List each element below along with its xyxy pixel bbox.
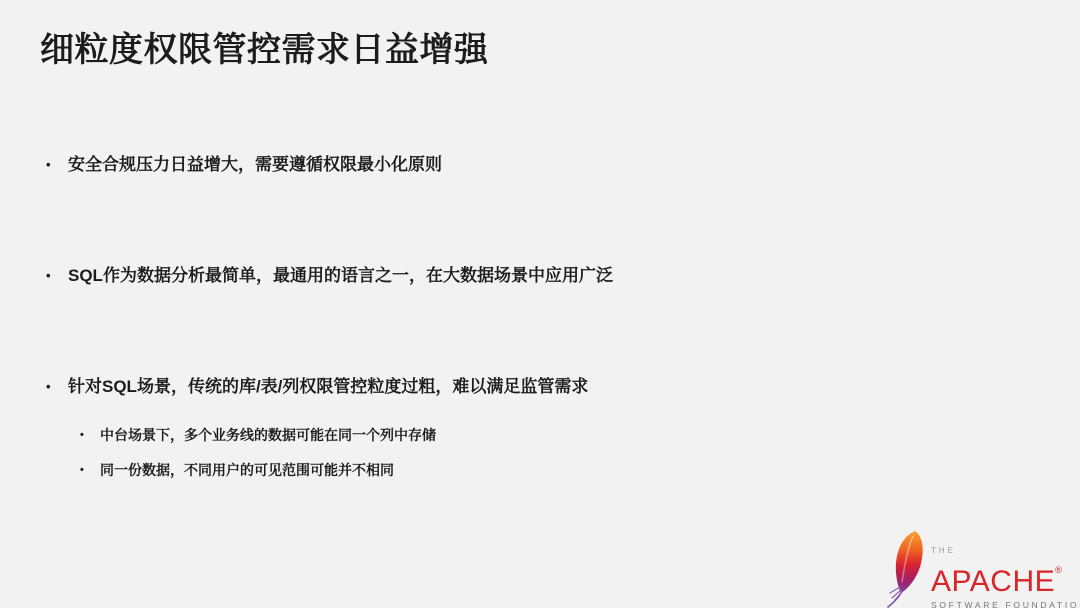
bullet-item-2: SQL作为数据分析最简单，最通用的语言之一，在大数据场景中应用广泛 (46, 265, 613, 286)
sub-bullet-item-2: 同一份数据，不同用户的可见范围可能并不相同 (80, 462, 394, 479)
bullet-text: 针对SQL场景，传统的库/表/列权限管控粒度过粗，难以满足监管需求 (68, 376, 588, 397)
sub-bullet-text: 同一份数据，不同用户的可见范围可能并不相同 (100, 462, 394, 479)
apache-logo-text: THE APACHE® SOFTWARE FOUNDATION (931, 530, 1080, 608)
apache-logo-the: THE (931, 546, 1080, 555)
registered-trademark-mark: ® (1055, 565, 1062, 575)
bullet-text: SQL作为数据分析最简单，最通用的语言之一，在大数据场景中应用广泛 (68, 265, 613, 286)
apache-software-foundation-logo: THE APACHE® SOFTWARE FOUNDATION (884, 530, 1080, 608)
bullet-item-3: 针对SQL场景，传统的库/表/列权限管控粒度过粗，难以满足监管需求 (46, 376, 588, 397)
bullet-text: 安全合规压力日益增大，需要遵循权限最小化原则 (68, 154, 442, 175)
presentation-slide: 细粒度权限管控需求日益增强 安全合规压力日益增大，需要遵循权限最小化原则 SQL… (0, 0, 1080, 608)
apache-feather-icon (884, 530, 928, 608)
apache-logo-name: APACHE® (931, 556, 1080, 596)
sub-bullet-text: 中台场景下，多个业务线的数据可能在同一个列中存储 (100, 427, 436, 444)
sub-bullet-item-1: 中台场景下，多个业务线的数据可能在同一个列中存储 (80, 427, 436, 444)
bullet-item-1: 安全合规压力日益增大，需要遵循权限最小化原则 (46, 154, 442, 175)
apache-wordmark: APACHE (931, 565, 1055, 598)
apache-logo-subtitle: SOFTWARE FOUNDATION (931, 600, 1080, 608)
slide-title: 细粒度权限管控需求日益增强 (40, 22, 489, 71)
